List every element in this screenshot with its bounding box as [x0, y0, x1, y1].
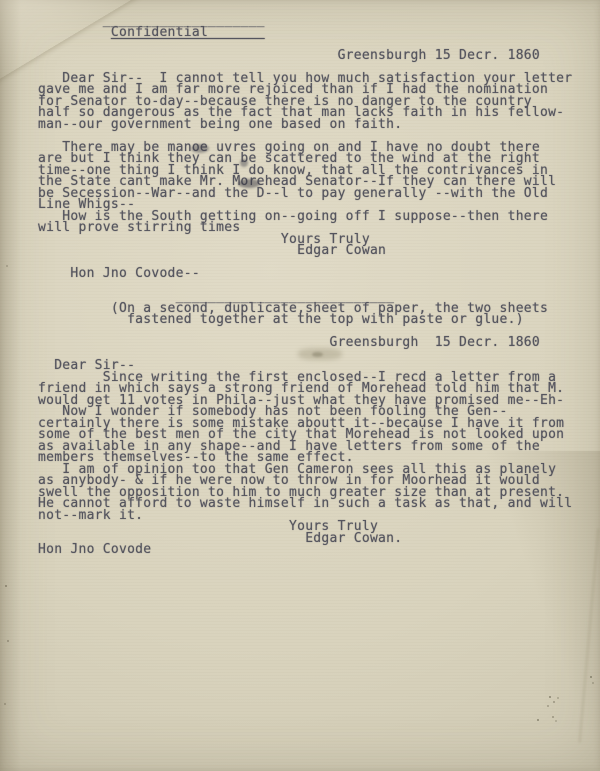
ink-smudge-do — [240, 159, 248, 167]
scan-edge-shading-left — [0, 0, 26, 771]
ink-smudge-manoeuvres — [191, 144, 209, 153]
letter-line: Greensburgh 15 Decr. 1860 — [38, 50, 572, 62]
ink-smudge-morehead — [238, 179, 260, 188]
letter-line: Confidential — [38, 27, 572, 39]
letter-line: Greensburgh 15 Decr. 1860 — [38, 337, 572, 349]
ink-smudge-date-dark — [312, 352, 323, 357]
letter-text: ____________________ Confidential Greens… — [38, 15, 572, 556]
letter-line: Edgar Cowan — [38, 245, 572, 257]
letter-line: Hon Jno Covode-- — [38, 268, 572, 280]
letter-line: man--our government being one based on f… — [38, 119, 572, 131]
pencil-marks — [537, 719, 539, 721]
pencil-marks — [549, 696, 551, 698]
scan-edge-specks — [5, 585, 7, 587]
letter-line: fastened together at the top with paste … — [38, 314, 572, 326]
pencil-marks — [590, 676, 592, 678]
letter-scan: ____________________ Confidential Greens… — [0, 0, 600, 771]
scanned-letter-page: { "colors": { "paper": "#d8d2bc", "paper… — [0, 0, 600, 771]
